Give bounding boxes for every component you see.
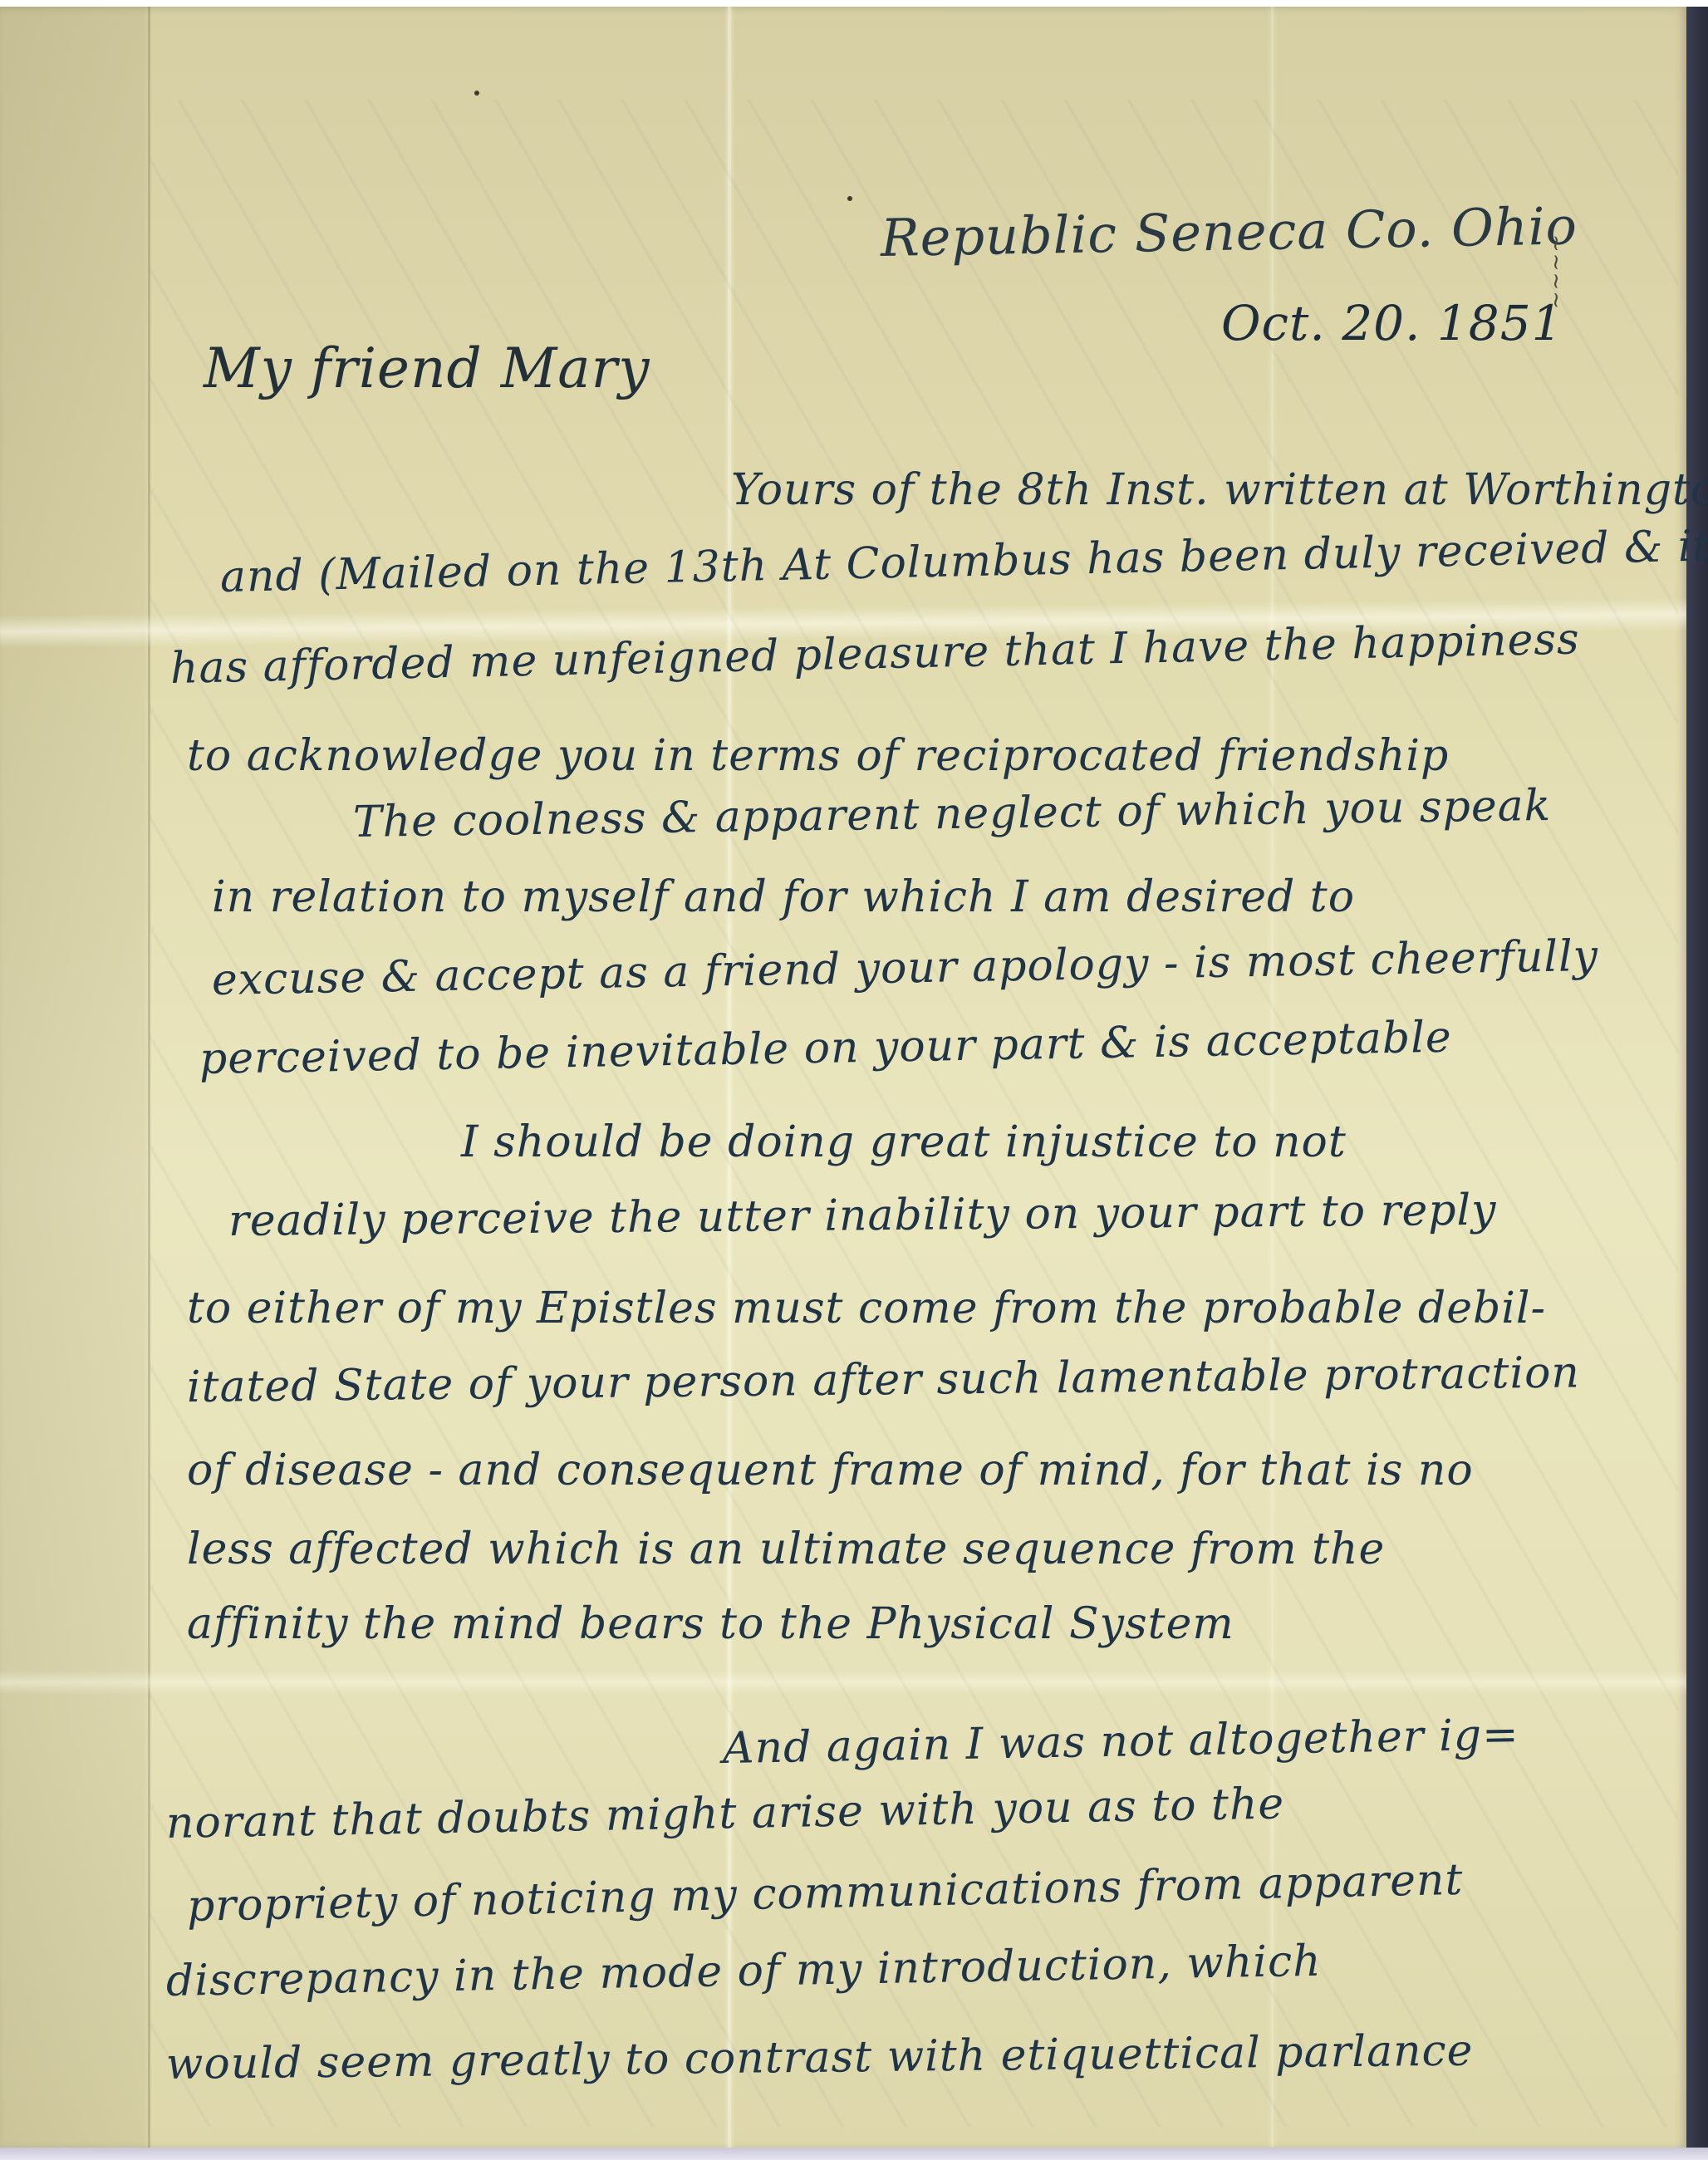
letter-line: to acknowledge you in terms of reciproca… — [187, 731, 1449, 781]
letter-line: less affected which is an ultimate seque… — [187, 1524, 1385, 1574]
letter-line: of disease - and consequent frame of min… — [187, 1446, 1474, 1495]
margin-flourish: ~~~~ — [1544, 234, 1568, 310]
fold-crease-horizontal-lower — [0, 1670, 1688, 1695]
letter-heading-date: Oct. 20. 1851 — [1221, 295, 1563, 351]
letter-line: to either of my Epistles must come from … — [187, 1284, 1546, 1333]
letter-line: in relation to myself and for which I am… — [212, 872, 1355, 922]
ink-spot — [474, 91, 479, 96]
letter-line: I should be doing great injustice to not — [461, 1117, 1347, 1167]
backdrop-right — [1686, 7, 1708, 2160]
letter-line: Yours of the 8th Inst. written at Worthi… — [731, 465, 1708, 515]
ink-spot — [847, 196, 852, 201]
backdrop-bottom — [0, 2148, 1708, 2160]
page-edge-shadow — [148, 7, 150, 2150]
letter-line: affinity the mind bears to the Physical … — [187, 1599, 1234, 1649]
letter-heading-place: Republic Seneca Co. Ohio — [880, 195, 1578, 268]
letter-salutation: My friend Mary — [204, 336, 650, 400]
